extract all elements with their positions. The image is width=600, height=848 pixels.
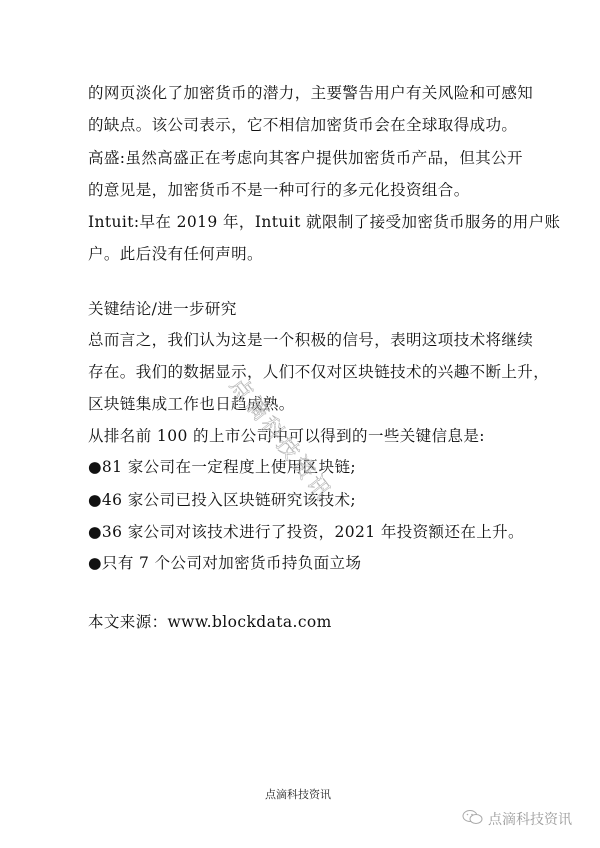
bullet-item: ●只有 7 个公司对加密货币持负面立场 xyxy=(88,553,361,573)
wechat-icon xyxy=(462,809,484,829)
paragraph-line: 的网页淡化了加密货币的潜力，主要警告用户有关风险和可感知 xyxy=(88,83,533,103)
wechat-account-name: 点滴科技资讯 xyxy=(488,809,572,829)
wechat-attribution: 点滴科技资讯 xyxy=(462,809,572,829)
paragraph-line: 高盛:虽然高盛正在考虑向其客户提供加密货币产品，但其公开 xyxy=(88,148,523,168)
paragraph-line: 存在。我们的数据显示，人们不仅对区块链技术的兴趣不断上升， xyxy=(88,362,549,382)
paragraph-line: Intuit:早在 2019 年，Intuit 就限制了接受加密货币服务的用户账 xyxy=(88,212,560,232)
bullet-item: ●36 家公司对该技术进行了投资，2021 年投资额还在上升。 xyxy=(88,522,524,542)
source-line: 本文来源：www.blockdata.com xyxy=(88,612,332,632)
page-footer: 点滴科技资讯 xyxy=(265,786,331,802)
paragraph-line: 的意见是，加密货币不是一种可行的多元化投资组合。 xyxy=(88,180,470,200)
paragraph-line: 的缺点。该公司表示，它不相信加密货币会在全球取得成功。 xyxy=(88,115,517,135)
paragraph-line: 总而言之，我们认为这是一个积极的信号，表明这项技术将继续 xyxy=(88,330,533,350)
section-heading: 关键结论/进一步研究 xyxy=(88,299,237,319)
paragraph-line: 户。此后没有任何声明。 xyxy=(88,244,263,264)
